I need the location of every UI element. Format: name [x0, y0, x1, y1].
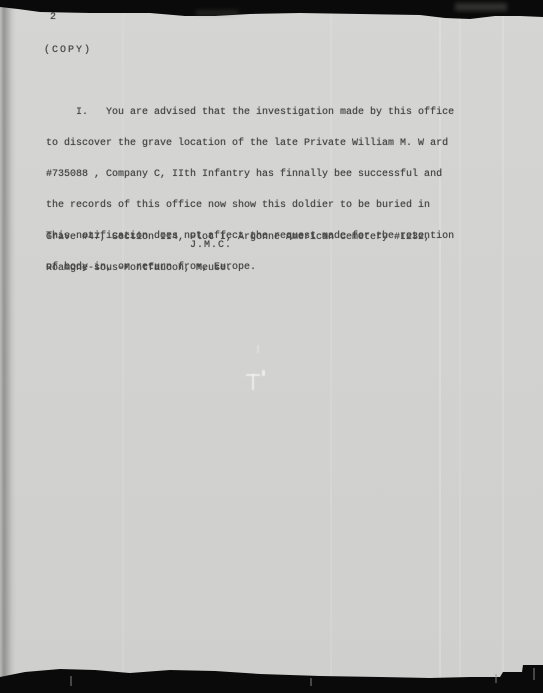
text-line: #735088 , Company C, IIth Infantry has f…	[46, 170, 454, 180]
scan-band-smudge	[455, 3, 507, 11]
page-number: 2	[50, 13, 56, 23]
copy-label: (COPY)	[44, 46, 92, 56]
paper-streak	[459, 0, 461, 693]
scan-band-smudge	[196, 10, 238, 16]
scan-band-tick	[533, 668, 535, 680]
paper-streak	[502, 0, 504, 693]
scanned-page: 2 (COPY) I. You are advised that the inv…	[0, 0, 543, 693]
paper-fold-shadow	[0, 0, 16, 693]
paper-artifact	[262, 370, 265, 376]
scan-band-tick	[495, 674, 497, 683]
scan-band-tick	[310, 678, 312, 686]
typist-initials: J.M.C.	[190, 241, 232, 251]
body-paragraph-2: This notification does not affect the re…	[46, 211, 454, 294]
text-line: of body in, or return from, Europe.	[46, 263, 454, 273]
text-line: I. You are advised that the investigatio…	[46, 108, 454, 118]
paper-artifact	[252, 374, 254, 390]
text-line: to discover the grave location of the la…	[46, 139, 454, 149]
text-line: This notification does not affect the re…	[46, 232, 454, 242]
scan-band-tick	[70, 676, 72, 686]
paper-artifact	[257, 345, 259, 353]
